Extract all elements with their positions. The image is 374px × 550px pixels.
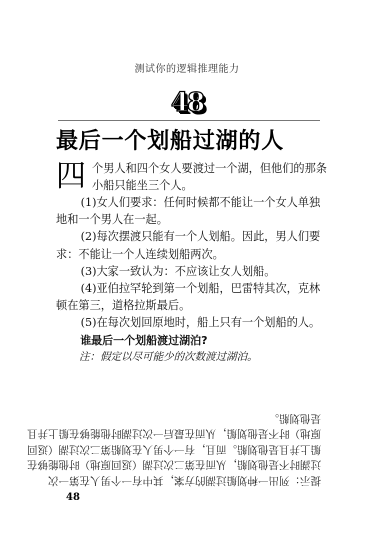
divider-rule xyxy=(58,120,320,121)
dropcap: 四 xyxy=(56,160,86,194)
intro-paragraph: 四 个男人和四个女人要渡过一个湖，但他们的那条 小船只能坐三个人。 xyxy=(56,160,321,194)
condition-item: (3)大家一致认为：不应该让女人划船。 xyxy=(56,263,321,280)
inverted-hint: 提示：列出一种划船过湖的方案，其中有一个男人在第一次 过湖时不是他划船，从而在第… xyxy=(56,410,321,488)
hint-line: 过湖时不是他划船，从而在第二次过湖（返回原地）时他能够在 xyxy=(56,457,321,473)
hint-line: 原地）时不是他划船，从而在最后一次过湖时他能够在船上并且 xyxy=(56,426,321,442)
condition-item: (1)女人们要求：任何时候都不能让一个女人单独地和一个男人在一起。 xyxy=(56,194,321,228)
puzzle-note: 注：假定以尽可能少的次数渡过湖泊。 xyxy=(56,349,321,366)
condition-item: (4)亚伯拉罕轮到第一个划船，巴雷特其次，克林顿在第三，道格拉斯最后。 xyxy=(56,280,321,314)
hint-line: 提示：列出一种划船过湖的方案，其中有一个男人在第一次 xyxy=(56,472,321,488)
hint-line: 是他划船。 xyxy=(56,410,321,426)
running-head: 测试你的逻辑推理能力 xyxy=(0,60,374,75)
page-number: 48 xyxy=(66,492,80,503)
puzzle-body: 四 个男人和四个女人要渡过一个湖，但他们的那条 小船只能坐三个人。 (1)女人们… xyxy=(56,160,321,366)
hint-line: 船上并且是他划船。而且，有一个男人在划船第二次过湖（返回 xyxy=(56,441,321,457)
condition-item: (2)每次摆渡只能有一个人划船。因此，男人们要求：不能让一个人连续划船两次。 xyxy=(56,228,321,262)
intro-line: 个男人和四个女人要渡过一个湖，但他们的那条 xyxy=(92,160,321,177)
puzzle-number-emblem: 48 xyxy=(0,88,374,118)
puzzle-question: 谁最后一个划船渡过湖泊? xyxy=(56,332,321,349)
puzzle-title: 最后一个划船过湖的人 xyxy=(56,128,326,156)
condition-item: (5)在每次划回原地时，船上只有一个划船的人。 xyxy=(56,314,321,331)
intro-line: 小船只能坐三个人。 xyxy=(92,177,321,194)
intro-lines: 个男人和四个女人要渡过一个湖，但他们的那条 小船只能坐三个人。 xyxy=(92,160,321,194)
